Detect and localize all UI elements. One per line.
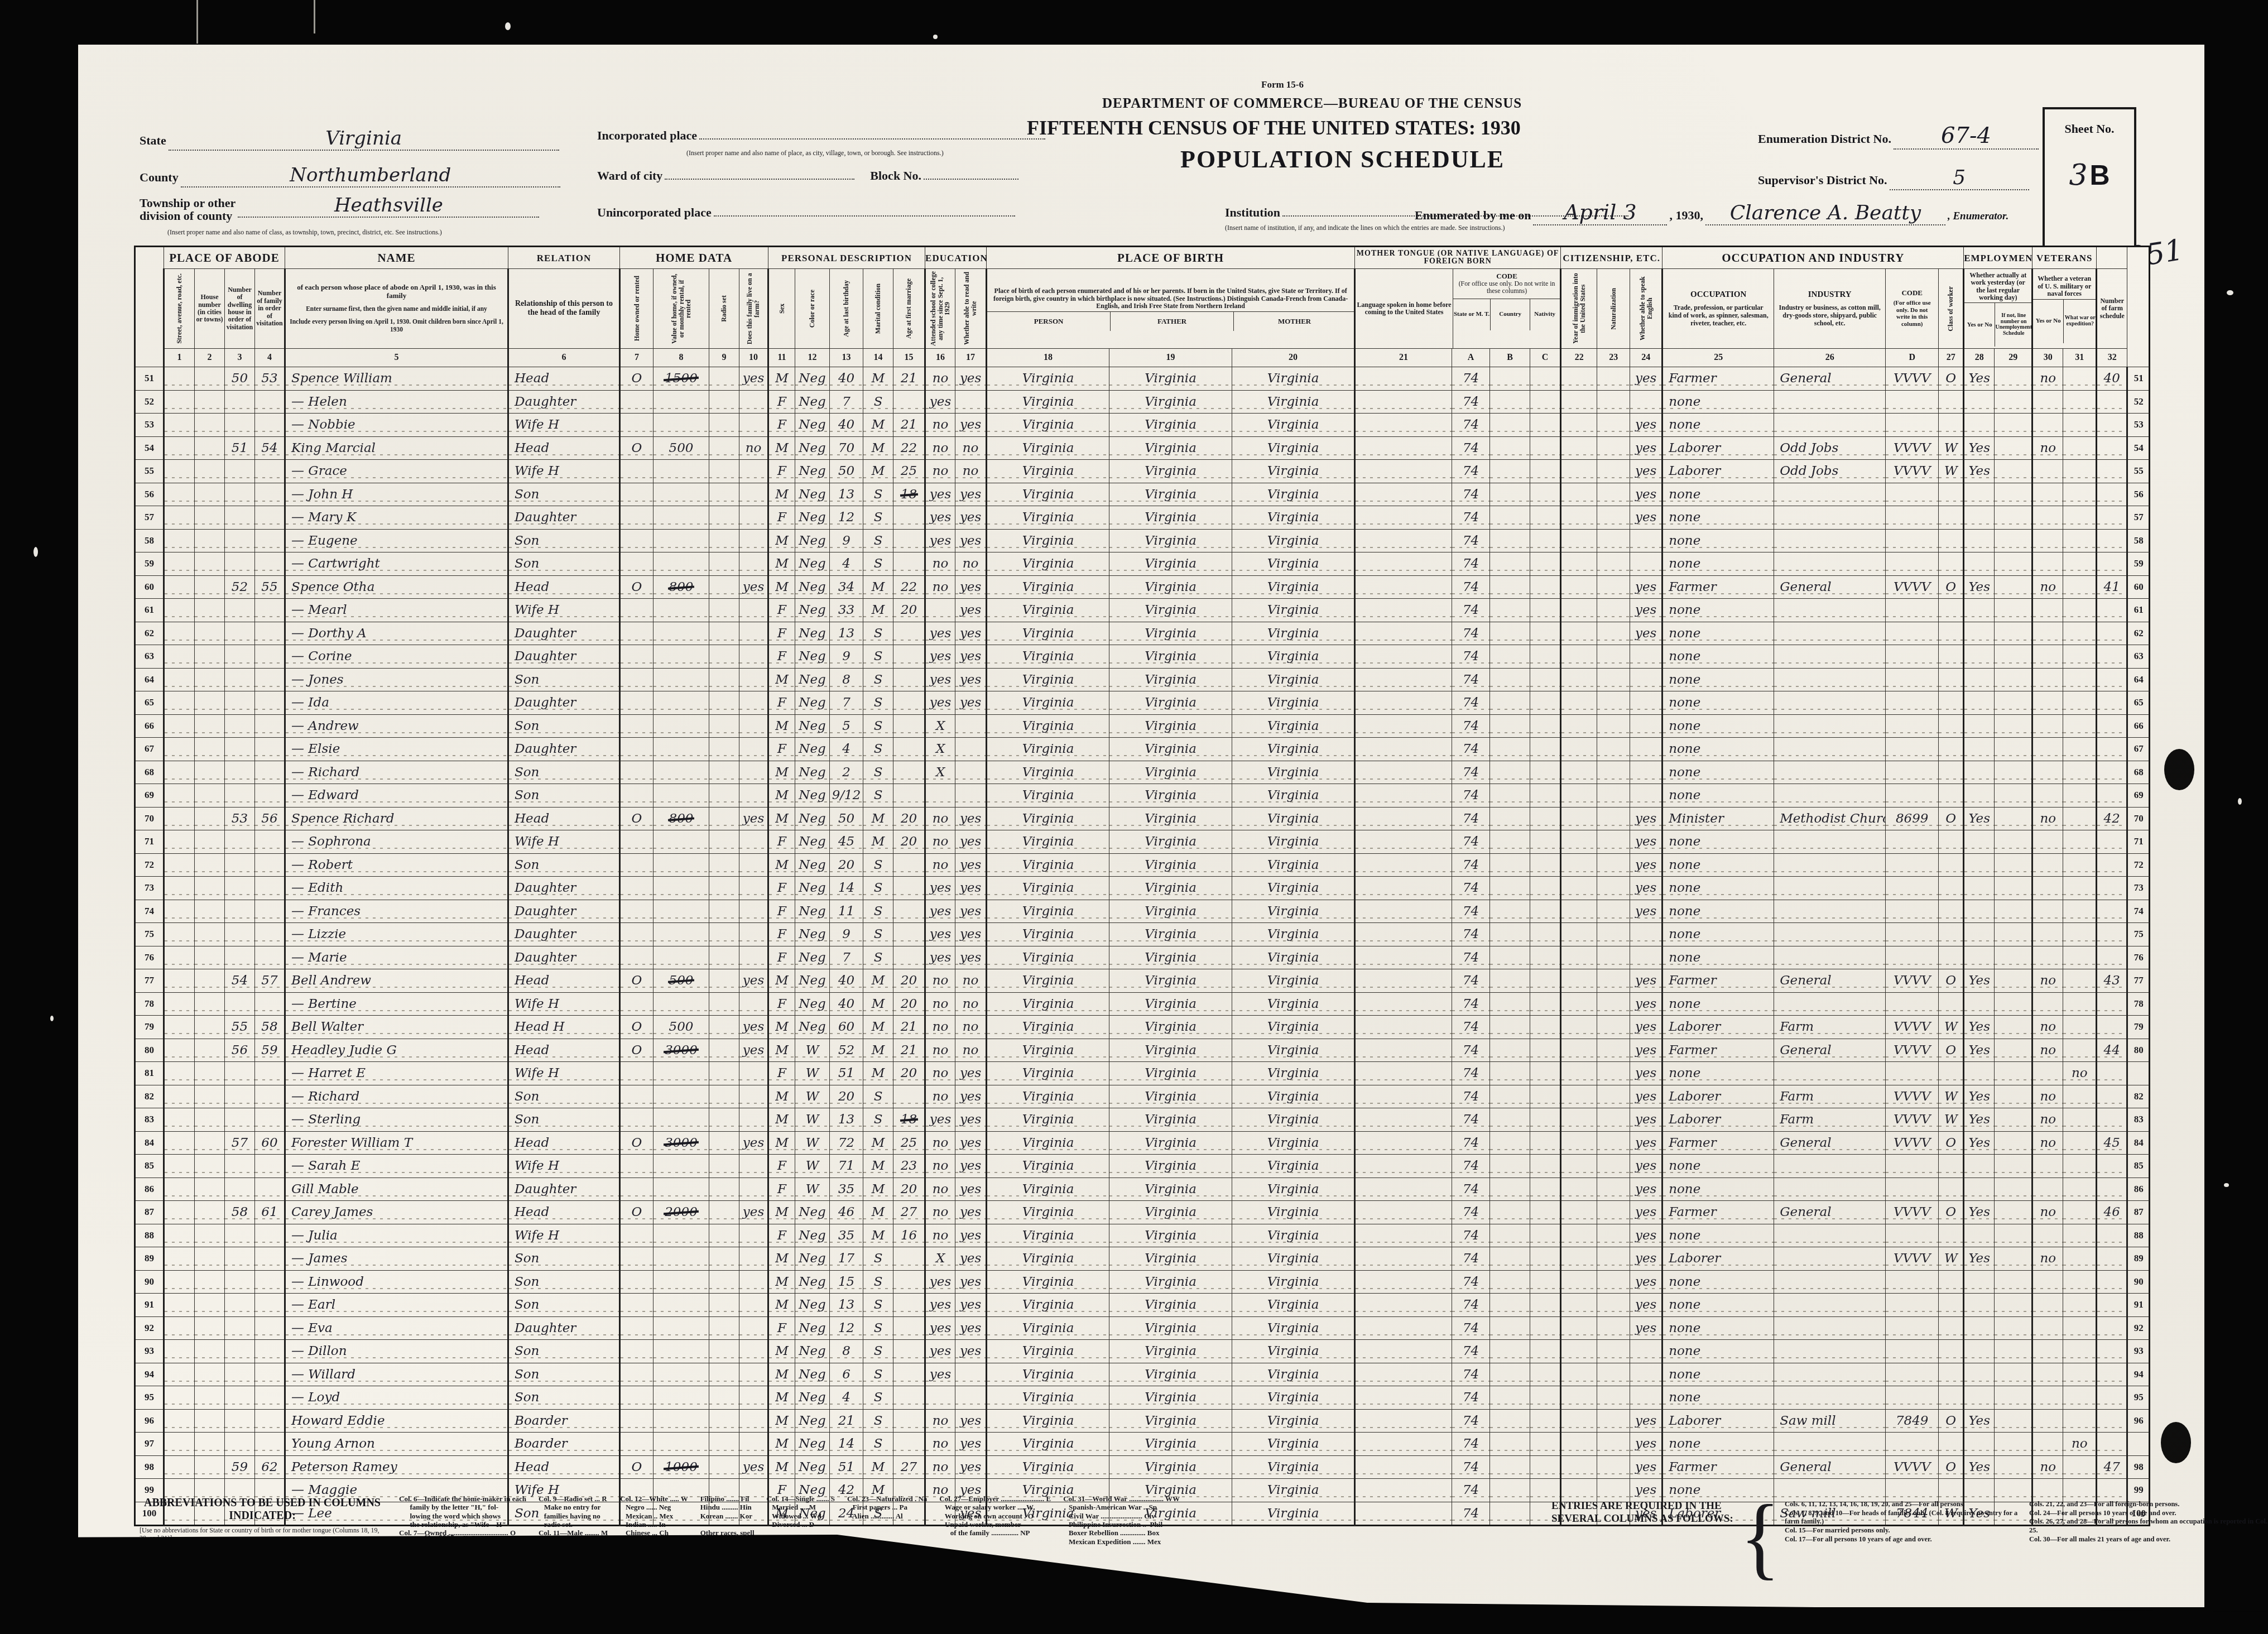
- cell: [1490, 923, 1530, 946]
- cell: none: [1662, 853, 1774, 877]
- cell: 42: [2097, 807, 2127, 830]
- col-number: 18: [987, 349, 1109, 367]
- department-title: DEPARTMENT OF COMMERCE—BUREAU OF THE CEN…: [1102, 96, 1522, 112]
- cell: [2063, 1340, 2097, 1363]
- cell: [1597, 1178, 1630, 1201]
- cell: [739, 738, 768, 761]
- cell: [739, 460, 768, 483]
- cell: O: [620, 969, 654, 993]
- cell: [654, 668, 709, 691]
- cell: Virginia: [1109, 1178, 1232, 1201]
- line-number: 80: [135, 1039, 164, 1062]
- cell: [739, 1316, 768, 1340]
- cell: [739, 946, 768, 969]
- cell: [2063, 1247, 2097, 1271]
- cell: Virginia: [987, 877, 1109, 900]
- cell: 44: [2097, 1039, 2127, 1062]
- cell: Virginia: [1109, 784, 1232, 808]
- line-number: 74: [135, 900, 164, 923]
- cell: [1561, 390, 1597, 414]
- cell: [739, 877, 768, 900]
- cell: S: [863, 853, 893, 877]
- cell: [1597, 367, 1630, 391]
- cell: [195, 1039, 225, 1062]
- cell: Virginia: [1232, 483, 1355, 506]
- cell: [1597, 1270, 1630, 1294]
- cell: no: [925, 414, 955, 437]
- cell: [1995, 1062, 2032, 1085]
- cell: yes: [925, 1363, 955, 1386]
- cell: 46: [830, 1201, 863, 1224]
- group-education: EDUCATION: [925, 247, 987, 269]
- line-number: 52: [135, 390, 164, 414]
- cell: Virginia: [987, 900, 1109, 923]
- line-number-header-right: [2127, 247, 2150, 367]
- cell: Farmer: [1662, 1131, 1774, 1155]
- line-number: 58: [135, 529, 164, 552]
- cell: [2063, 1270, 2097, 1294]
- cell: [1995, 923, 2032, 946]
- cell: [1886, 691, 1939, 715]
- cell: [195, 1340, 225, 1363]
- col-number: 12: [795, 349, 830, 367]
- cell: yes: [1630, 830, 1662, 854]
- cell: Virginia: [987, 506, 1109, 530]
- cell: [1490, 414, 1530, 437]
- cell: [893, 1270, 925, 1294]
- cell: Head: [508, 575, 620, 599]
- cell: yes: [955, 1155, 987, 1178]
- cell: — Sophrona: [285, 830, 508, 854]
- cell: [620, 691, 654, 715]
- cell: 1000: [654, 1455, 709, 1479]
- cell: [1530, 969, 1561, 993]
- census-row-62: 62— Dorthy ADaughterFNeg13SyesyesVirgini…: [135, 622, 2150, 645]
- line-number: 88: [2127, 1224, 2150, 1247]
- line-number: 77: [2127, 969, 2150, 993]
- cell: [1964, 506, 1995, 530]
- cell: [893, 390, 925, 414]
- cell: — Julia: [285, 1224, 508, 1247]
- cell: none: [1662, 529, 1774, 552]
- cell: Odd Jobs: [1774, 460, 1886, 483]
- cell: [1561, 900, 1597, 923]
- cell: [164, 1085, 195, 1108]
- cell: Headley Judie G: [285, 1039, 508, 1062]
- cell: Virginia: [1232, 529, 1355, 552]
- cell: [225, 390, 255, 414]
- cell: Virginia: [1232, 506, 1355, 530]
- cell: none: [1662, 552, 1774, 576]
- cell: [654, 460, 709, 483]
- cell: [195, 784, 225, 808]
- cell: yes: [1630, 992, 1662, 1016]
- cell: [1597, 1224, 1630, 1247]
- cell: [225, 1247, 255, 1271]
- cell: [2097, 506, 2127, 530]
- cell: Virginia: [1232, 1224, 1355, 1247]
- cell: [164, 853, 195, 877]
- cell: [195, 1433, 225, 1456]
- cell: [739, 599, 768, 622]
- cell: General: [1774, 969, 1886, 993]
- enumerated-by-field: Enumerated by me on April 3 , 1930, Clar…: [1415, 200, 2008, 225]
- cell: [2097, 691, 2127, 715]
- cell: 50: [225, 367, 255, 391]
- cell: [1561, 506, 1597, 530]
- cell: 61: [255, 1201, 285, 1224]
- col-number: 20: [1232, 349, 1355, 367]
- cell: [164, 807, 195, 830]
- col-naturalization-header: Naturalization: [1597, 269, 1630, 349]
- cell: 20: [893, 1178, 925, 1201]
- cell: Yes: [1964, 1016, 1995, 1039]
- cell: [2097, 714, 2127, 738]
- cell: [1490, 1270, 1530, 1294]
- cell: yes: [955, 599, 987, 622]
- line-number: 59: [135, 552, 164, 576]
- unincorporated-field: Unincorporated place: [597, 205, 1015, 220]
- cell: 33: [830, 599, 863, 622]
- cell: [195, 483, 225, 506]
- cell: Neg: [795, 853, 830, 877]
- cell: 74: [1452, 1178, 1490, 1201]
- cell: no: [2063, 1062, 2097, 1085]
- footer-entries-required: ENTRIES ARE REQUIRED IN THE SEVERAL COLU…: [1551, 1500, 2268, 1575]
- cell: Virginia: [987, 1409, 1109, 1433]
- cell: [1490, 1178, 1530, 1201]
- cell: yes: [955, 807, 987, 830]
- cell: Neg: [795, 946, 830, 969]
- cell: VVVV: [1886, 1016, 1939, 1039]
- film-speck: [50, 1016, 54, 1021]
- cell: [195, 1016, 225, 1039]
- cell: Wife H: [508, 1155, 620, 1178]
- cell: Virginia: [1232, 1201, 1355, 1224]
- cell: [1774, 853, 1886, 877]
- census-row-77: 775457Bell AndrewHeadO500yesMNeg40M20non…: [135, 969, 2150, 993]
- col-house-number-header: House number (in cities or towns): [195, 269, 225, 349]
- cell: 74: [1452, 506, 1490, 530]
- cell: — Corine: [285, 645, 508, 669]
- cell: [893, 529, 925, 552]
- census-row-90: 90— LinwoodSonMNeg15SyesyesVirginiaVirgi…: [135, 1270, 2150, 1294]
- col-number: 24: [1630, 349, 1662, 367]
- cell: [225, 414, 255, 437]
- line-number: 57: [2127, 506, 2150, 530]
- cell: [620, 738, 654, 761]
- cell: yes: [925, 691, 955, 715]
- census-row-75: 75— LizzieDaughterFNeg9SyesyesVirginiaVi…: [135, 923, 2150, 946]
- cell: S: [863, 1409, 893, 1433]
- cell: Yes: [1964, 367, 1995, 391]
- cell: [164, 529, 195, 552]
- cell: [654, 761, 709, 784]
- cell: [739, 1108, 768, 1132]
- cell: [654, 645, 709, 669]
- cell: [1995, 900, 2032, 923]
- cell: [195, 877, 225, 900]
- cell: Neg: [795, 761, 830, 784]
- cell: [1561, 992, 1597, 1016]
- cell: [1561, 367, 1597, 391]
- cell: [1886, 390, 1939, 414]
- census-row-84: 845760Forester William THeadO3000yesMW72…: [135, 1131, 2150, 1155]
- cell: [1886, 784, 1939, 808]
- cell: yes: [1630, 414, 1662, 437]
- cell: O: [1939, 367, 1964, 391]
- cell: [2097, 552, 2127, 576]
- cell: [1561, 761, 1597, 784]
- cell: [1939, 853, 1964, 877]
- cell: Virginia: [987, 552, 1109, 576]
- cell: [2097, 529, 2127, 552]
- cell: [255, 761, 285, 784]
- cell: [195, 1224, 225, 1247]
- cell: [1886, 668, 1939, 691]
- cell: [1561, 1433, 1597, 1456]
- cell: [1597, 506, 1630, 530]
- cell: [255, 830, 285, 854]
- cell: [1530, 575, 1561, 599]
- cell: [739, 784, 768, 808]
- cell: [1597, 668, 1630, 691]
- cell: 74: [1452, 1363, 1490, 1386]
- cell: Spence Otha: [285, 575, 508, 599]
- census-row-93: 93— DillonSonMNeg8SyesyesVirginiaVirgini…: [135, 1340, 2150, 1363]
- line-number: 52: [2127, 390, 2150, 414]
- cell: [164, 1270, 195, 1294]
- cell: [2032, 691, 2063, 715]
- col-number: 16: [925, 349, 955, 367]
- cell: [164, 830, 195, 854]
- cell: yes: [955, 1340, 987, 1363]
- cell: General: [1774, 1131, 1886, 1155]
- cell: [1964, 390, 1995, 414]
- cell: [1995, 1247, 2032, 1271]
- cell: [1995, 668, 2032, 691]
- cell: [1561, 691, 1597, 715]
- census-row-88: 88— JuliaWife HFNeg35M16noyesVirginiaVir…: [135, 1224, 2150, 1247]
- cell: 74: [1452, 900, 1490, 923]
- cell: [164, 1201, 195, 1224]
- cell: [955, 761, 987, 784]
- cell: yes: [739, 1131, 768, 1155]
- cell: [1995, 1363, 2032, 1386]
- cell: [1530, 1108, 1561, 1132]
- enumerator-name: Clarence A. Beatty: [1730, 201, 1921, 224]
- cell: Virginia: [987, 483, 1109, 506]
- cell: [255, 622, 285, 645]
- cell: 55: [225, 1016, 255, 1039]
- cell: 20: [893, 830, 925, 854]
- cell: [1597, 1479, 1630, 1502]
- cell: none: [1662, 1294, 1774, 1317]
- col-read-write-header: Whether able to read and write: [955, 269, 987, 349]
- cell: [225, 1108, 255, 1132]
- col-number: 17: [955, 349, 987, 367]
- cell: Virginia: [987, 969, 1109, 993]
- cell: F: [768, 1178, 795, 1201]
- cell: no: [2032, 1131, 2063, 1155]
- cell: [1490, 529, 1530, 552]
- cell: Neg: [795, 738, 830, 761]
- cell: [2063, 1363, 2097, 1386]
- cell: Virginia: [987, 714, 1109, 738]
- cell: VVVV: [1886, 1455, 1939, 1479]
- cell: W: [795, 1178, 830, 1201]
- cell: [1939, 691, 1964, 715]
- cell: [1355, 1270, 1452, 1294]
- cell: Head: [508, 1131, 620, 1155]
- cell: [620, 599, 654, 622]
- cell: Neg: [795, 622, 830, 645]
- cell: [654, 1294, 709, 1317]
- cell: 74: [1452, 1155, 1490, 1178]
- cell: [164, 1386, 195, 1410]
- cell: [1886, 992, 1939, 1016]
- cell: [709, 552, 739, 576]
- cell: 74: [1452, 992, 1490, 1016]
- cell: 43: [2097, 969, 2127, 993]
- cell: [1886, 830, 1939, 854]
- cell: [1774, 992, 1886, 1016]
- cell: [739, 552, 768, 576]
- sheet-number-handwritten: 3: [2069, 158, 2087, 192]
- cell: [739, 1363, 768, 1386]
- cell: yes: [739, 1039, 768, 1062]
- cell: Virginia: [1232, 575, 1355, 599]
- cell: [1774, 1386, 1886, 1410]
- cell: [1886, 1224, 1939, 1247]
- cell: no: [925, 1455, 955, 1479]
- census-row-55: 55— GraceWife HFNeg50M25nonoVirginiaVirg…: [135, 460, 2150, 483]
- cell: 60: [255, 1131, 285, 1155]
- cell: [1561, 714, 1597, 738]
- cell: O: [620, 436, 654, 460]
- cell: [1490, 900, 1530, 923]
- cell: [1995, 575, 2032, 599]
- cell: Virginia: [1109, 483, 1232, 506]
- line-number: 67: [135, 738, 164, 761]
- cell: M: [768, 575, 795, 599]
- cell: 45: [830, 830, 863, 854]
- county-label: County: [140, 170, 179, 184]
- cell: [1490, 1479, 1530, 1502]
- cell: [654, 853, 709, 877]
- cell: 21: [893, 1039, 925, 1062]
- cell: [164, 1039, 195, 1062]
- cell: W: [795, 1039, 830, 1062]
- cell: [1774, 645, 1886, 669]
- cell: none: [1662, 830, 1774, 854]
- cell: Yes: [1964, 807, 1995, 830]
- cell: yes: [1630, 1016, 1662, 1039]
- cell: Head: [508, 1039, 620, 1062]
- cell: [739, 483, 768, 506]
- cell: M: [768, 552, 795, 576]
- cell: [1939, 599, 1964, 622]
- cell: Virginia: [1232, 1479, 1355, 1502]
- cell: [1995, 784, 2032, 808]
- cell: [1886, 1294, 1939, 1317]
- cell: Virginia: [1232, 807, 1355, 830]
- cell: yes: [955, 1294, 987, 1317]
- cell: [2032, 645, 2063, 669]
- cell: [2032, 1224, 2063, 1247]
- cell: none: [1662, 714, 1774, 738]
- cell: [1886, 506, 1939, 530]
- cell: 13: [830, 622, 863, 645]
- veteran-war-subheader: What war or expedition?: [2063, 300, 2096, 343]
- cell: Virginia: [1109, 1108, 1232, 1132]
- cell: Virginia: [1109, 1062, 1232, 1085]
- cell: [955, 390, 987, 414]
- cell: 22: [893, 436, 925, 460]
- cell: 45: [2097, 1131, 2127, 1155]
- cell: [739, 1294, 768, 1317]
- cell: [1490, 877, 1530, 900]
- cell: Virginia: [987, 390, 1109, 414]
- cell: [255, 1386, 285, 1410]
- cell: yes: [1630, 877, 1662, 900]
- cell: [1964, 1340, 1995, 1363]
- cell: [620, 1340, 654, 1363]
- cell: no: [925, 1433, 955, 1456]
- cell: [1886, 738, 1939, 761]
- cell: [1490, 460, 1530, 483]
- census-row-97: 97Young ArnonBoarderMNeg14SnoyesVirginia…: [135, 1433, 2150, 1456]
- line-number: 89: [2127, 1247, 2150, 1271]
- cell: [2097, 1108, 2127, 1132]
- cell: [739, 1062, 768, 1085]
- cell: [255, 1433, 285, 1456]
- cell: Wife H: [508, 1224, 620, 1247]
- cell: [225, 1409, 255, 1433]
- cell: Son: [508, 853, 620, 877]
- cell: [893, 877, 925, 900]
- cell: [620, 900, 654, 923]
- cell: [1530, 1247, 1561, 1271]
- cell: [1886, 877, 1939, 900]
- cell: [620, 784, 654, 808]
- cell: [1490, 483, 1530, 506]
- cell: [1886, 1340, 1939, 1363]
- col-number: 19: [1109, 349, 1232, 367]
- cell: [2097, 436, 2127, 460]
- cell: [1964, 1479, 1995, 1502]
- cell: Head: [508, 807, 620, 830]
- pob-mother-subheader: MOTHER: [1233, 312, 1355, 331]
- cell: Virginia: [1109, 1270, 1232, 1294]
- cell: [1964, 830, 1995, 854]
- cell: Virginia: [1109, 1201, 1232, 1224]
- cell: W: [795, 1155, 830, 1178]
- cell: [620, 552, 654, 576]
- cell: O: [620, 1039, 654, 1062]
- cell: [1964, 877, 1995, 900]
- cell: [739, 900, 768, 923]
- cell: yes: [955, 1224, 987, 1247]
- cell: [1530, 1386, 1561, 1410]
- cell: [225, 877, 255, 900]
- cell: [164, 552, 195, 576]
- cell: Virginia: [1109, 714, 1232, 738]
- cell: 500: [654, 1016, 709, 1039]
- cell: [1995, 1108, 2032, 1132]
- cell: yes: [955, 1316, 987, 1340]
- cell: Neg: [795, 1294, 830, 1317]
